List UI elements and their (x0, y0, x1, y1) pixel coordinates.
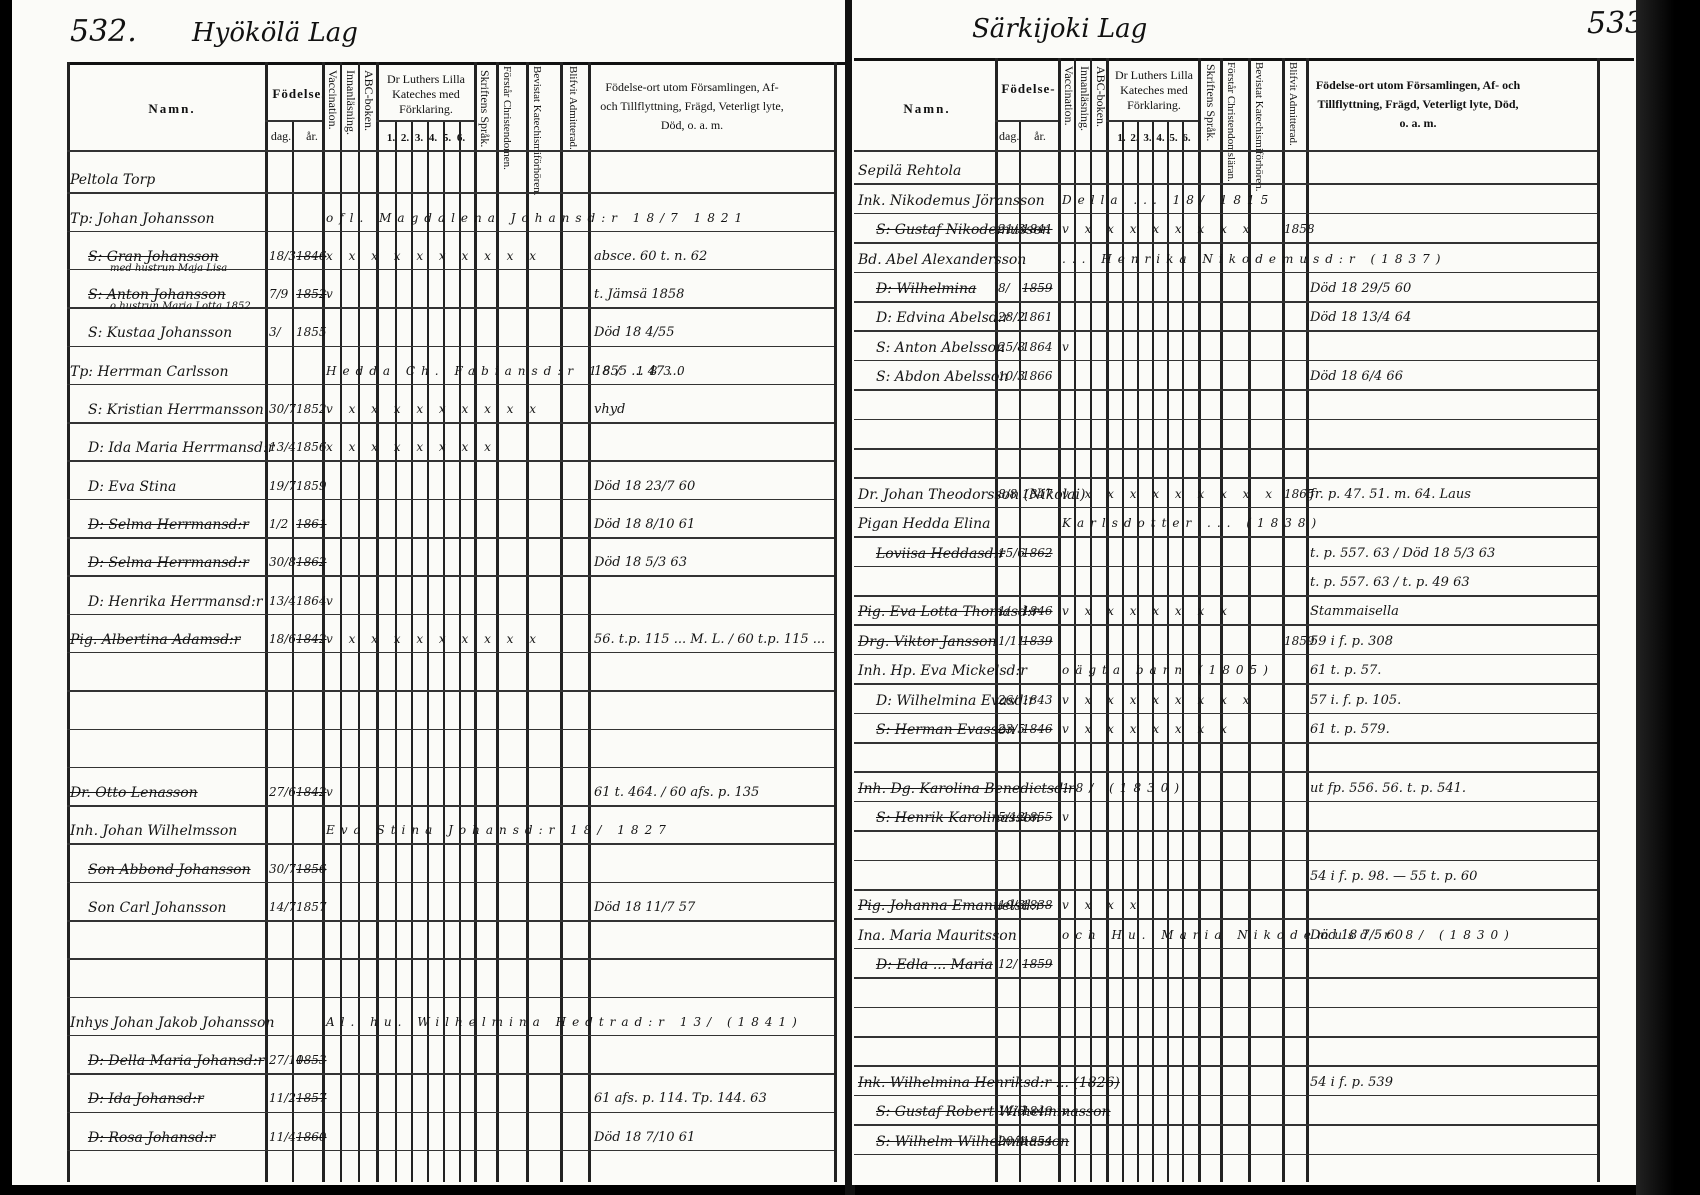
col-header-luther: Dr Luthers Lilla Kateches med Förklaring… (380, 72, 472, 117)
entry-name: S: Kustaa Johansson (88, 325, 232, 341)
catechism-marks: v (326, 287, 339, 301)
register-row: Pigan Hedda ElinaKarlsdotter ... (1838) (852, 507, 1637, 536)
birth-day: 7/9 (269, 287, 288, 301)
left-page: 532. Hyökölä Lag Namn. Födelse. dag. år.… (12, 0, 847, 1185)
register-row: Tp: Herrman CarlssonHedda Ch. Fabiansd:r… (12, 346, 847, 384)
entry-name: Dr. Johan Theodorsson (Nikolai) (858, 487, 995, 503)
entry-name: Peltola Torp (70, 172, 155, 188)
grid-line (1106, 120, 1198, 122)
register-row: Inhys Johan Jakob JohanssonAl. hu. Wilhe… (12, 997, 847, 1035)
col-header-forstar-christendomslaran: Förstår Christendomsläran. (1224, 62, 1237, 150)
col-header-luther: Dr Luthers Lilla Kateches med Förklaring… (1110, 68, 1198, 113)
col-header-bevistat-katechismiforhoren: Bevistat Katechismiförhören. (530, 66, 543, 150)
birth-year: 1854 (1022, 1134, 1053, 1148)
entry-name: Son Carl Johansson (88, 900, 226, 916)
birth-day: 8/ (998, 281, 1010, 295)
entry-name: D: Edvina Abelsd:r (876, 310, 1009, 326)
birth-day: 10/3 (998, 369, 1025, 383)
register-row: S: Kustaa Johansson3/1855Död 18 4/55 (12, 307, 847, 345)
birth-year: 1846 (1022, 604, 1053, 618)
entry-name: D: Della Maria Johansd:r (88, 1053, 264, 1069)
register-row: Inh. Dg. Karolina Benedictsd:r18/ (1830)… (852, 771, 1637, 800)
catechism-marks: x x x x x x x x (326, 440, 497, 454)
remark: vhyd (594, 402, 625, 417)
col-header-remarks: Födelse-ort utom Församlingen, Af- och T… (597, 78, 787, 135)
register-row: t. p. 557. 63 / t. p. 49 63 (852, 566, 1637, 595)
entry-name: Dr. Otto Lenasson (70, 785, 198, 801)
register-row: 54 i f. p. 98. — 55 t. p. 60 (852, 860, 1637, 889)
entry-name: Sepilä Rehtola (858, 163, 961, 179)
birth-day: 13/4 (269, 440, 296, 454)
catechism-marks: v x x x x x x x x (1062, 693, 1255, 707)
entry-name: S: Wilhelm Wilhelminasson (876, 1134, 1013, 1150)
birth-year: 1862 (1022, 546, 1053, 560)
remark: fr. p. 47. 51. m. 64. Laus (1310, 487, 1471, 502)
col-header-bevistat-katechismiforhoren: Bevistat Katechismiförhören. (1252, 62, 1265, 150)
header-rule (67, 62, 847, 65)
register-row: Ina. Maria Mauritssonoch Hu. Maria Nikod… (852, 918, 1637, 947)
register-row: Inh. Johan WilhelmssonEva Stina Johansd:… (12, 805, 847, 843)
register-row (852, 742, 1637, 771)
grid-line (265, 120, 322, 122)
birth-day: 13/4 (269, 594, 296, 608)
remark: 57 i. f. p. 105. (1310, 693, 1401, 708)
remark: t. Jämsä 1858 (594, 287, 684, 302)
birth-day: 3/ (269, 325, 281, 339)
birth-day: 18/6 (269, 632, 296, 646)
register-row: S: Anton Johanssono hustrun Maria Lotta … (12, 269, 847, 307)
birth-year: 1859 (296, 479, 327, 493)
catechism-marks: v x x x x x x x (1062, 722, 1233, 736)
remark: Död 18 8/10 61 (594, 517, 695, 532)
remark: ut fp. 556. 56. t. p. 541. (1310, 781, 1466, 796)
register-row: Ink. Wilhelmina Henriksd:r ... (1826)54 … (852, 1065, 1637, 1094)
remark: Död 18 13/4 64 (1310, 310, 1411, 325)
entry-name: Drg. Viktor Jansson (858, 634, 995, 650)
register-row: D: Wilhelmina8/1859Död 18 29/5 60 (852, 272, 1637, 301)
register-row: Son Abbond Johansson30/71856 (12, 843, 847, 881)
register-row: S: Gustaf Robert Wilhelminasson14/61849v (852, 1095, 1637, 1124)
remark: t. p. 557. 63 / Död 18 5/3 63 (1310, 546, 1495, 561)
register-row: Sepilä Rehtola (852, 154, 1637, 183)
catechism-marks: ofl. Magdalena Johansd:r 18/7 1821 (326, 211, 748, 225)
remark: Död 18 7/5 60 (1310, 928, 1403, 943)
birth-year: 1843 (1022, 693, 1053, 707)
register-row: D: Eva Stina19/71859Död 18 23/7 60 (12, 460, 847, 498)
register-row: Son Carl Johansson14/71857Död 18 11/7 57 (12, 882, 847, 920)
birth-year: 1846 (296, 249, 327, 263)
entry-name: S: Gustaf Nikodemusson (876, 222, 1013, 238)
col-header-ar: år. (1022, 128, 1058, 145)
birth-day: 27/6 (269, 785, 296, 799)
birth-year: 1856 (296, 440, 327, 454)
remark: 56. t.p. 115 ... M. L. / 60 t.p. 115 ... (594, 632, 825, 647)
entry-name: Pig. Johanna Emanuelsd:r (858, 898, 995, 914)
village-heading-right: Särkijoki Lag (972, 14, 1147, 44)
register-row (852, 977, 1637, 1006)
birth-year: 1838 (1022, 898, 1053, 912)
register-row (852, 448, 1637, 477)
birth-year: 1855 (296, 325, 327, 339)
birth-day: 18/3 (269, 249, 296, 263)
entry-name: Ink. Wilhelmina Henriksd:r ... (1826) (858, 1075, 995, 1091)
entry-name: Pig. Eva Lotta Thomasd:r (858, 604, 995, 620)
catechism-marks: v (1062, 1104, 1075, 1118)
remark: Död 18 23/7 60 (594, 479, 695, 494)
entry-name: Pigan Hedda Elina (858, 516, 990, 532)
entry-name: S: Henrik Karolinasson (876, 810, 1013, 826)
register-row (12, 729, 847, 767)
col-header-blifvit-admitterad: Blifvit Admitterad. (566, 66, 579, 150)
catechism-marks: v x x x x x x x x (1062, 222, 1255, 236)
birth-year: 1841 (1022, 222, 1053, 236)
birth-day: 1/2 (269, 517, 288, 531)
birth-day: 1/11 (998, 634, 1025, 648)
remark: 61 t. p. 57. (1310, 663, 1381, 678)
birth-day: 1/ (998, 604, 1010, 618)
birth-year: 1842 (296, 632, 327, 646)
header-bottom-rule (67, 150, 834, 152)
birth-day: 30/7 (269, 862, 296, 876)
catechism-marks: och Hu. Maria Nikodemusd:r 8/ (1830) (1062, 928, 1515, 942)
birth-year: 1849 (1022, 1104, 1053, 1118)
entry-name: D: Henrika Herrmansd:r (88, 594, 262, 610)
register-row: Ink. Nikodemus JöranssonDella ... 18/ 18… (852, 183, 1637, 212)
entry-name: D: Rosa Johansd:r (88, 1130, 215, 1146)
col-header-abc-boken: ABC-boken. (362, 70, 375, 150)
entry-name: Son Abbond Johansson (88, 862, 251, 878)
entry-name: D: Selma Herrmansd:r (88, 517, 249, 533)
grid-line (995, 120, 1058, 122)
col-header-blifvit-admitterad: Blifvit Admitterad. (1286, 62, 1299, 150)
catechism-marks: 18/ (1830) (1062, 781, 1185, 795)
row-rule (854, 1154, 1597, 1156)
catechism-marks: v x x x x x x x (1062, 604, 1233, 618)
entry-name: S: Herman Evasson (876, 722, 1013, 738)
birth-day: 30/7 (269, 402, 296, 416)
register-row: D: Ida Johansd:r11/2185761 afs. p. 114. … (12, 1073, 847, 1111)
col-header-namn: Namn. (862, 100, 992, 117)
header-bottom-rule (854, 150, 1597, 152)
birth-day: 5/12 (998, 810, 1025, 824)
catechism-marks: Al. hu. Wilhelmina Hedtrad:r 13/ (1841) (326, 1015, 803, 1029)
register-row (852, 1007, 1637, 1036)
remark: Död 18 7/10 61 (594, 1130, 695, 1145)
register-row: D: Ida Maria Herrmansd:r13/41856x x x x … (12, 422, 847, 460)
birth-year: 1859 (1022, 957, 1053, 971)
catechism-marks: v x x x x x x x x x (1062, 487, 1278, 501)
register-row: D: Selma Herrmansd:r30/81862Död 18 5/3 6… (12, 537, 847, 575)
admitted-year: 1858 (1284, 222, 1315, 236)
register-row: Loviisa Heddasd:r15/61862t. p. 557. 63 /… (852, 536, 1637, 565)
right-page: Särkijoki Lag 533 Namn. Födelse- dag. år… (852, 0, 1637, 1185)
register-row (852, 419, 1637, 448)
register-row: S: Gustaf Nikodemusson21/31841v x x x x … (852, 213, 1637, 242)
catechism-marks: v x x x (1062, 898, 1143, 912)
village-heading-left: Hyökölä Lag (192, 18, 358, 48)
register-row: D: Rosa Johansd:r11/41860Död 18 7/10 61 (12, 1112, 847, 1150)
birth-day: 19/7 (269, 479, 296, 493)
register-row: Pig. Albertina Adamsd:r18/61842v x x x x… (12, 614, 847, 652)
register-row (852, 830, 1637, 859)
birth-year: 1864 (296, 594, 327, 608)
register-row: Dr. Otto Lenasson27/61842v61 t. 464. / 6… (12, 767, 847, 805)
entry-name: Inh. Johan Wilhelmsson (70, 823, 237, 839)
register-row: S: Henrik Karolinasson5/121855v (852, 801, 1637, 830)
remark: 54 i f. p. 539 (1310, 1075, 1393, 1090)
entry-name: D: Edla ... Maria (876, 957, 993, 973)
catechism-marks: Eva Stina Johansd:r 18/ 1827 (326, 823, 672, 837)
catechism-marks: v (326, 785, 339, 799)
col-header-skriftens-sprak: Skriftens Språk. (1204, 64, 1217, 150)
col-header-innanlasning: Innanläsning. (344, 70, 357, 150)
register-row (12, 690, 847, 728)
entry-name: D: Eva Stina (88, 479, 176, 495)
birth-year: 1852 (296, 402, 327, 416)
birth-day: 21/3 (998, 222, 1025, 236)
birth-day: 11/4 (269, 1130, 296, 1144)
entry-name: S: Anton Abelsson (876, 340, 1005, 356)
col-header-remarks: Födelse-ort utom Församlingen, Af- och T… (1312, 76, 1524, 133)
col-header-ar: år. (294, 128, 330, 145)
birth-day: 14/6 (998, 1104, 1025, 1118)
register-row (852, 1036, 1637, 1065)
register-row: D: Edvina Abelsd:r28/21861Död 18 13/4 64 (852, 301, 1637, 330)
entry-name: Ink. Nikodemus Jöransson (858, 193, 995, 209)
col-header-forstar-christendomen: Förstår Christendomen. (500, 66, 513, 150)
register-row: Pig. Eva Lotta Thomasd:r1/1846v x x x x … (852, 595, 1637, 624)
catechism-marks: ... Henrika Nikodemusd:r (1837) (1062, 252, 1446, 266)
entry-name: D: Wilhelmina Evasd:r (876, 693, 1013, 709)
col-header-dag: dag. (270, 128, 292, 145)
entry-name: Inhys Johan Jakob Johansson (70, 1015, 265, 1031)
birth-year: 1866 (1022, 369, 1053, 383)
birth-year: 1859 (1022, 281, 1053, 295)
register-row: Tp: Johan Johanssonofl. Magdalena Johans… (12, 192, 847, 230)
register-row: D: Selma Herrmansd:r1/21861Död 18 8/10 6… (12, 499, 847, 537)
remark: 61 t. 464. / 60 afs. p. 135 (594, 785, 759, 800)
catechism-marks: Della ... 18/ 1815 (1062, 193, 1274, 207)
register-row: D: Edla ... Maria12/1859 (852, 948, 1637, 977)
remark: Död 18 29/5 60 (1310, 281, 1411, 296)
birth-day: 25/8 (998, 340, 1025, 354)
entry-name: Ina. Maria Mauritsson (858, 928, 995, 944)
birth-year: 1857 (296, 900, 327, 914)
catechism-marks: v x x x x x x x x x (326, 402, 542, 416)
col-header-vaccination: Vaccination. (326, 70, 339, 150)
col-header-dag: dag. (999, 128, 1019, 145)
register-row: S: Wilhelm Wilhelminasson20/41854 (852, 1124, 1637, 1153)
birth-day: 11/2 (269, 1091, 296, 1105)
remark: 61 t. p. 579. (1310, 722, 1390, 737)
register-row: Dr. Johan Theodorsson (Nikolai)8/81847v … (852, 477, 1637, 506)
remark: Död 18 4/55 (594, 325, 675, 340)
register-row: Drg. Viktor Jansson1/111839185959 i f. p… (852, 624, 1637, 653)
entry-name: D: Wilhelmina (876, 281, 976, 297)
entry-name: D: Selma Herrmansd:r (88, 555, 249, 571)
birth-year: 1853 (296, 1053, 327, 1067)
birth-year: 1862 (296, 555, 327, 569)
register-row: D: Wilhelmina Evasd:r26/1843v x x x x x … (852, 683, 1637, 712)
register-row (12, 652, 847, 690)
entry-name: Pig. Albertina Adamsd:r (70, 632, 240, 648)
register-row: S: Kristian Herrmansson30/71852v x x x x… (12, 384, 847, 422)
page-number-left: 532. (70, 14, 137, 49)
register-row: Inh. Hp. Eva Mickelsd:roägta barn (1805)… (852, 654, 1637, 683)
remark: 54 i f. p. 98. — 55 t. p. 60 (1310, 869, 1477, 884)
entry-name: Loviisa Heddasd:r (876, 546, 1005, 562)
birth-day: 28/2 (998, 310, 1025, 324)
page-edge-shadow (1636, 0, 1700, 1195)
birth-year: 1857 (296, 1091, 327, 1105)
birth-year: 1839 (1022, 634, 1053, 648)
register-row: S: Anton Abelsson25/81864v (852, 330, 1637, 359)
col-header-fodelse: Födelse- (997, 80, 1060, 97)
birth-year: 1856 (296, 862, 327, 876)
birth-year: 1864 (1022, 340, 1053, 354)
header-rule (854, 58, 1634, 61)
birth-day: 20/4 (998, 1134, 1025, 1148)
birth-year: 1842 (296, 785, 327, 799)
remark: absce. 60 t. n. 62 (594, 249, 707, 264)
remark: Död 18 5/3 63 (594, 555, 687, 570)
entry-name: S: Gustaf Robert Wilhelminasson (876, 1104, 1013, 1120)
birth-year: 1847 (1022, 487, 1053, 501)
entry-name: S: Kristian Herrmansson (88, 402, 264, 418)
col-header-namn: Namn. (72, 100, 272, 117)
birth-day: 8/8 (998, 487, 1017, 501)
register-row: Pig. Johanna Emanuelsd:r10/31838v x x x (852, 889, 1637, 918)
remark: 59 i f. p. 308 (1310, 634, 1393, 649)
catechism-marks: v x x x x x x x x x (326, 632, 542, 646)
entry-name: Inh. Hp. Eva Mickelsd:r (858, 663, 995, 679)
register-row: S: Herman Evasson23/51846v x x x x x x x… (852, 713, 1637, 742)
register-row: D: Della Maria Johansd:r27/101853 (12, 1035, 847, 1073)
register-row: Bd. Abel Alexandersson... Henrika Nikode… (852, 242, 1637, 271)
page-number-right: 533 (1587, 6, 1637, 41)
entry-name: Inh. Dg. Karolina Benedictsd:r (858, 781, 995, 797)
register-row (12, 958, 847, 996)
birth-day: 23/5 (998, 722, 1025, 736)
catechism-marks: x x x x x x x x x x (326, 249, 542, 263)
catechism-marks: v (1062, 810, 1075, 824)
catechism-marks: oägta barn (1805) (1062, 663, 1274, 677)
remark: 1855 ... 47 ... (594, 364, 681, 379)
register-row (852, 389, 1637, 418)
remark: Stammaisella (1310, 604, 1399, 619)
birth-day: 15/6 (998, 546, 1025, 560)
grid-line (376, 120, 474, 122)
entry-name: S: Abdon Abelsson (876, 369, 1008, 385)
birth-day: 10/3 (998, 898, 1025, 912)
birth-year: 1855 (1022, 810, 1053, 824)
catechism-marks: v (1062, 340, 1075, 354)
birth-day: 14/7 (269, 900, 296, 914)
birth-year: 1846 (1022, 722, 1053, 736)
register-row: Peltola Torp (12, 154, 847, 192)
entry-name: Tp: Herrman Carlsson (70, 364, 228, 380)
remark: Död 18 11/7 57 (594, 900, 695, 915)
birth-year: 1861 (1022, 310, 1053, 324)
register-row: S: Abdon Abelsson10/31866Död 18 6/4 66 (852, 360, 1637, 389)
birth-day: 30/8 (269, 555, 296, 569)
remark: t. p. 557. 63 / t. p. 49 63 (1310, 575, 1470, 590)
row-rule (67, 1150, 834, 1152)
register-row: D: Henrika Herrmansd:r13/41864v (12, 575, 847, 613)
birth-year: 1852 (296, 287, 327, 301)
entry-name: D: Ida Maria Herrmansd:r (88, 440, 274, 456)
birth-day: 26/ (998, 693, 1017, 707)
register-row: S: Gran Johanssonmed hustrun Maja Lisa18… (12, 231, 847, 269)
col-header-skriftens-sprak: Skriftens Språk. (478, 70, 491, 150)
remark: Död 18 6/4 66 (1310, 369, 1403, 384)
birth-day: 12/ (998, 957, 1017, 971)
entry-name: D: Ida Johansd:r (88, 1091, 204, 1107)
birth-year: 1861 (296, 517, 327, 531)
catechism-marks: v (326, 594, 339, 608)
birth-year: 1860 (296, 1130, 327, 1144)
entry-name: Bd. Abel Alexandersson (858, 252, 995, 268)
catechism-marks: Karlsdotter ... (1838) (1062, 516, 1322, 530)
remark: 61 afs. p. 114. Tp. 144. 63 (594, 1091, 767, 1106)
entry-name: Tp: Johan Johansson (70, 211, 215, 227)
register-row (12, 920, 847, 958)
